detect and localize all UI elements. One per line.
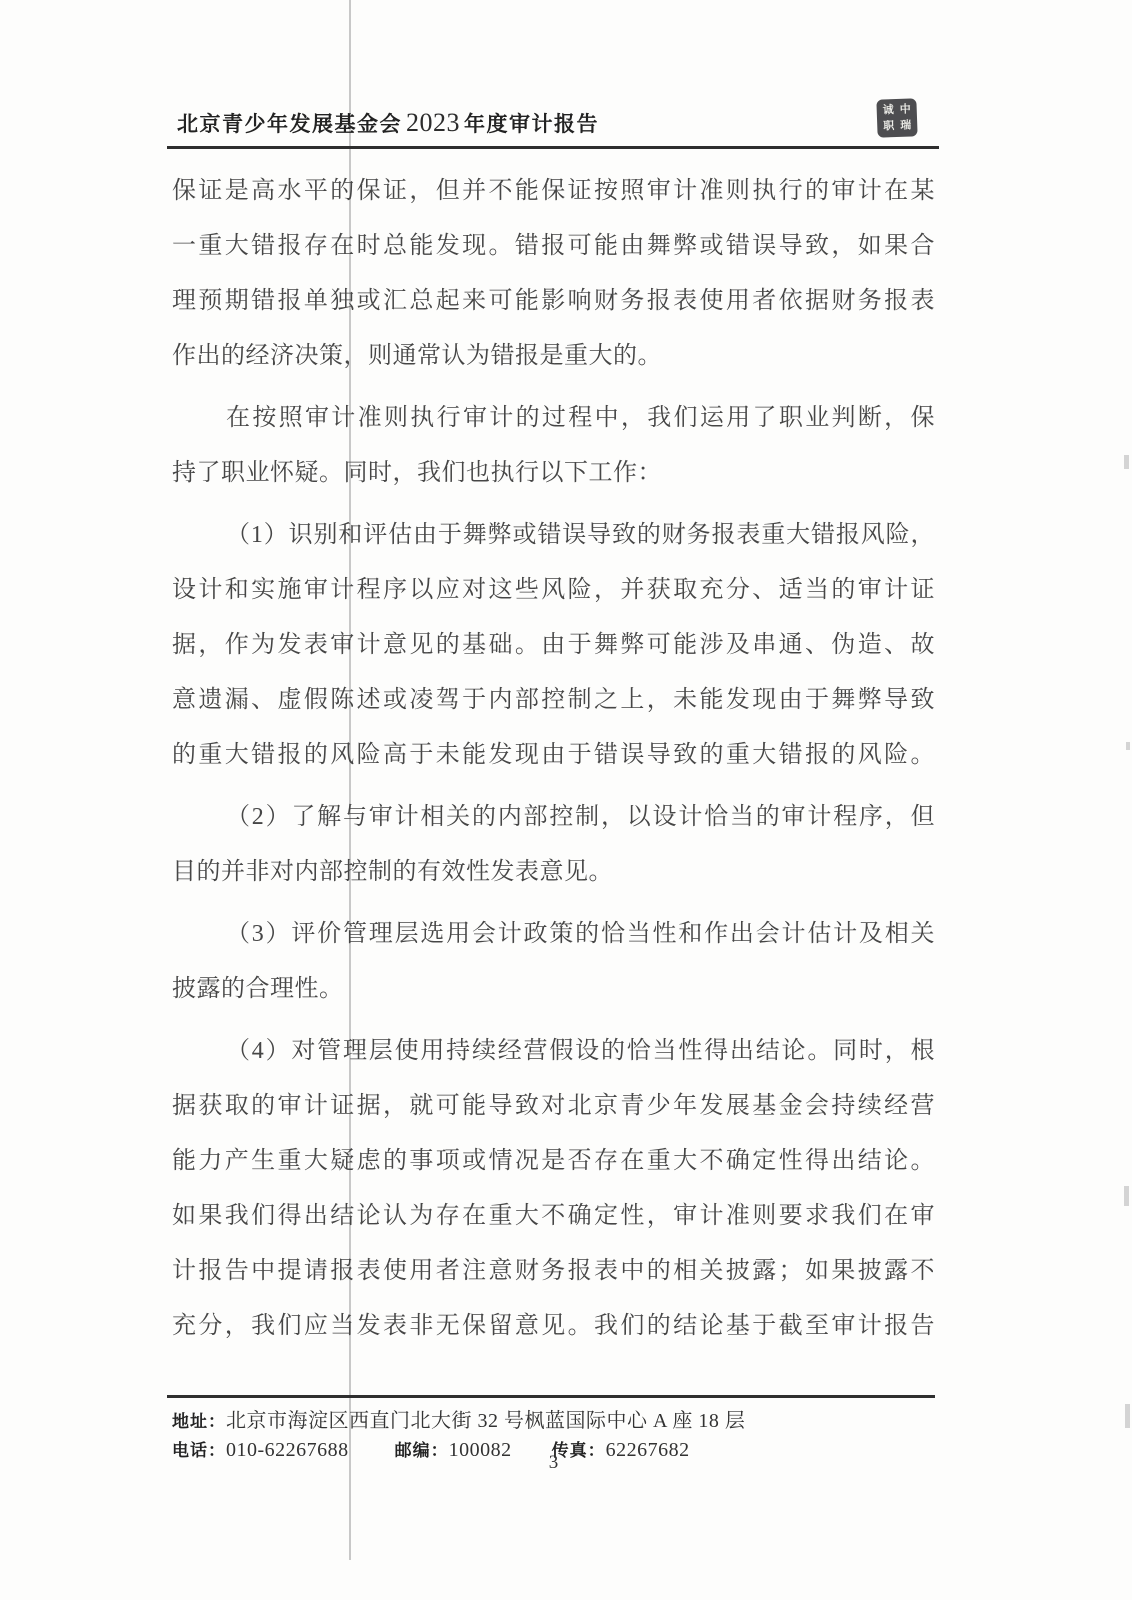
seal-char: 中 — [900, 104, 911, 115]
body-line: 如果我们得出结论认为存在重大不确定性，审计准则要求我们在审 — [172, 1189, 935, 1244]
body-line: 披露的合理性。 — [172, 962, 935, 1017]
footer-address-row: 地址：北京市海淀区西直门北大街 32 号枫蓝国际中心 A 座 18 层 — [172, 1404, 745, 1433]
body-line: （1）识别和评估由于舞弊或错误导致的财务报表重大错报风险， — [172, 508, 935, 563]
paragraph: （1）识别和评估由于舞弊或错误导致的财务报表重大错报风险，设计和实施审计程序以应… — [172, 508, 935, 783]
body-line: 一重大错报存在时总能发现。错报可能由舞弊或错误导致，如果合 — [172, 219, 935, 274]
body-line: 设计和实施审计程序以应对这些风险，并获取充分、适当的审计证 — [172, 563, 935, 618]
body-line: （2）了解与审计相关的内部控制，以设计恰当的审计程序，但 — [172, 790, 935, 845]
body-line: 的重大错报的风险高于未能发现由于错误导致的重大错报的风险。 — [172, 728, 935, 783]
body-line: （4）对管理层使用持续经营假设的恰当性得出结论。同时，根 — [172, 1024, 935, 1079]
footer-rule — [167, 1395, 935, 1398]
seal-char: 诚 — [883, 105, 894, 116]
body-line: 作出的经济决策，则通常认为错报是重大的。 — [172, 329, 935, 384]
firm-seal-stamp: 诚 中 职 瑞 — [876, 98, 917, 137]
paragraph: 在按照审计准则执行审计的过程中，我们运用了职业判断，保持了职业怀疑。同时，我们也… — [172, 391, 935, 501]
paragraph: 保证是高水平的保证，但并不能保证按照审计准则执行的审计在某一重大错报存在时总能发… — [172, 164, 935, 384]
scan-artifact — [1125, 1404, 1130, 1428]
body-line: 意遗漏、虚假陈述或凌驾于内部控制之上，未能发现由于舞弊导致 — [172, 673, 935, 728]
document-body: 保证是高水平的保证，但并不能保证按照审计准则执行的审计在某一重大错报存在时总能发… — [172, 164, 935, 1354]
scan-artifact — [1126, 742, 1130, 750]
body-line: 持了职业怀疑。同时，我们也执行以下工作： — [172, 446, 935, 501]
body-line: 保证是高水平的保证，但并不能保证按照审计准则执行的审计在某 — [172, 164, 935, 219]
paragraph: （4）对管理层使用持续经营假设的恰当性得出结论。同时，根据获取的审计证据，就可能… — [172, 1024, 935, 1354]
body-line: 理预期错报单独或汇总起来可能影响财务报表使用者依据财务报表 — [172, 274, 935, 329]
paragraph: （2）了解与审计相关的内部控制，以设计恰当的审计程序，但目的并非对内部控制的有效… — [172, 790, 935, 900]
page: 北京青少年发展基金会2023年度审计报告 诚 中 职 瑞 保证是高水平的保证，但… — [0, 0, 1132, 1600]
address-value: 北京市海淀区西直门北大街 32 号枫蓝国际中心 A 座 18 层 — [226, 1410, 745, 1432]
body-line: 充分，我们应当发表非无保留意见。我们的结论基于截至审计报告 — [172, 1299, 935, 1354]
scan-artifact — [1124, 455, 1129, 469]
header-year: 2023 — [402, 108, 464, 137]
header-suffix: 年度审计报告 — [464, 112, 599, 136]
body-line: 计报告中提请报表使用者注意财务报表中的相关披露；如果披露不 — [172, 1244, 935, 1299]
address-label: 地址： — [172, 1412, 226, 1431]
body-line: 目的并非对内部控制的有效性发表意见。 — [172, 845, 935, 900]
body-line: 据获取的审计证据，就可能导致对北京青少年发展基金会持续经营 — [172, 1079, 935, 1134]
paragraph: （3）评价管理层选用会计政策的恰当性和作出会计估计及相关披露的合理性。 — [172, 907, 935, 1017]
scan-artifact — [1124, 1186, 1129, 1206]
body-line: 据，作为发表审计意见的基础。由于舞弊可能涉及串通、伪造、故 — [172, 618, 935, 673]
seal-char: 职 — [883, 121, 894, 132]
seal-char: 瑞 — [900, 120, 911, 131]
report-header-title: 北京青少年发展基金会2023年度审计报告 — [177, 108, 599, 138]
body-line: 能力产生重大疑虑的事项或情况是否存在重大不确定性得出结论。 — [172, 1134, 935, 1189]
page-number: 3 — [172, 1452, 935, 1474]
body-line: （3）评价管理层选用会计政策的恰当性和作出会计估计及相关 — [172, 907, 935, 962]
header-org: 北京青少年发展基金会 — [177, 112, 402, 136]
body-line: 在按照审计准则执行审计的过程中，我们运用了职业判断，保 — [172, 391, 935, 446]
header-rule — [167, 146, 939, 149]
